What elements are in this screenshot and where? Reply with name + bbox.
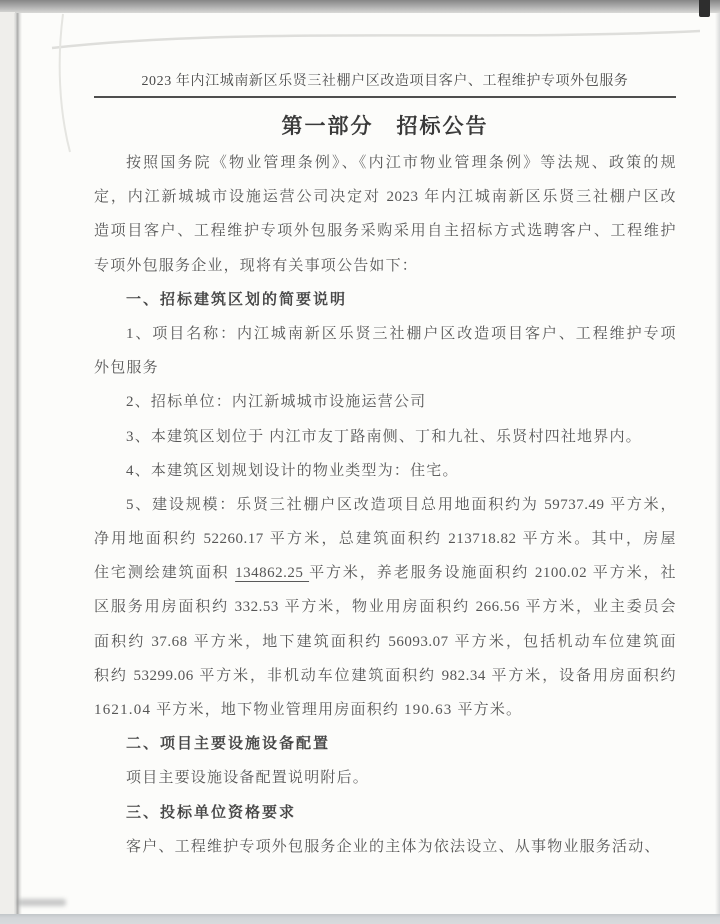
part-title: 第一部分 招标公告: [94, 112, 676, 140]
scan-right-edge: [715, 13, 720, 916]
doc-line: 外包服务: [94, 351, 676, 385]
doc-line: 积约 53299.06 平方米，非机动车位建筑面积约 982.34 平方米，设备…: [94, 659, 676, 693]
section-heading-3: 三、投标单位资格要求: [94, 796, 676, 830]
document-body: 按照国务院《物业管理条例》、《内江市物业管理条例》等法规、政策的规 定，内江新城…: [94, 146, 676, 864]
doc-line: 面积约 37.68 平方米，地下建筑面积约 56093.07 平方米，包括机动车…: [94, 625, 676, 659]
doc-line: 净用地面积约 52260.17 平方米，总建筑面积约 213718.82 平方米…: [94, 522, 676, 556]
section-heading-1: 一、招标建筑区划的简要说明: [94, 283, 676, 317]
doc-line: 3、本建筑区划位于 内江市友丁路南侧、丁和九社、乐贤村四社地界内。: [94, 420, 676, 454]
section-heading-2: 二、项目主要设施设备配置: [94, 727, 676, 761]
scan-bottom-band: [0, 914, 720, 924]
underlined-value: 134862.25: [235, 565, 309, 581]
document-header: 2023 年内江城南新区乐贤三社棚户区改造项目客户、工程维护专项外包服务: [94, 70, 676, 98]
doc-line: 项目主要设施设备配置说明附后。: [94, 761, 676, 795]
doc-line: 专项外包服务企业，现将有关事项公告如下：: [94, 249, 676, 283]
scan-corner-mark: [699, 0, 710, 17]
doc-line-segment: 住宅测绘建筑面积: [94, 565, 235, 581]
doc-line: 定，内江新城城市设施运营公司决定对 2023 年内江城南新区乐贤三社棚户区改: [94, 180, 676, 214]
page-fold-shadow: [14, 13, 22, 924]
doc-line: 区服务用房面积约 332.53 平方米，物业用房面积约 266.56 平方米，业…: [94, 590, 676, 624]
document-content: 2023 年内江城南新区乐贤三社棚户区改造项目客户、工程维护专项外包服务 第一部…: [94, 70, 676, 864]
doc-line: 造项目客户、工程维护专项外包服务采购采用自主招标方式选聘客户、工程维护: [94, 214, 676, 248]
doc-line: 住宅测绘建筑面积 134862.25 平方米，养老服务设施面积约 2100.02…: [94, 556, 676, 590]
scan-left-strip: [0, 12, 15, 924]
scanned-page: 2023 年内江城南新区乐贤三社棚户区改造项目客户、工程维护专项外包服务 第一部…: [0, 0, 720, 924]
doc-line: 4、本建筑区划规划设计的物业类型为：住宅。: [94, 454, 676, 488]
scan-smudge: [18, 899, 66, 906]
doc-line: 按照国务院《物业管理条例》、《内江市物业管理条例》等法规、政策的规: [94, 146, 676, 180]
doc-line-segment: 平方米，养老服务设施面积约 2100.02 平方米，社: [309, 565, 676, 581]
doc-line: 1621.04 平方米，地下物业管理用房面积约 190.63 平方米。: [94, 693, 676, 727]
doc-line: 客户、工程维护专项外包服务企业的主体为依法设立、从事物业服务活动、: [94, 830, 676, 864]
doc-line: 2、招标单位：内江新城城市设施运营公司: [94, 385, 676, 419]
doc-line: 5、建设规模：乐贤三社棚户区改造项目总用地面积约为 59737.49 平方米，: [94, 488, 676, 522]
doc-line: 1、项目名称：内江城南新区乐贤三社棚户区改造项目客户、工程维护专项: [94, 317, 676, 351]
